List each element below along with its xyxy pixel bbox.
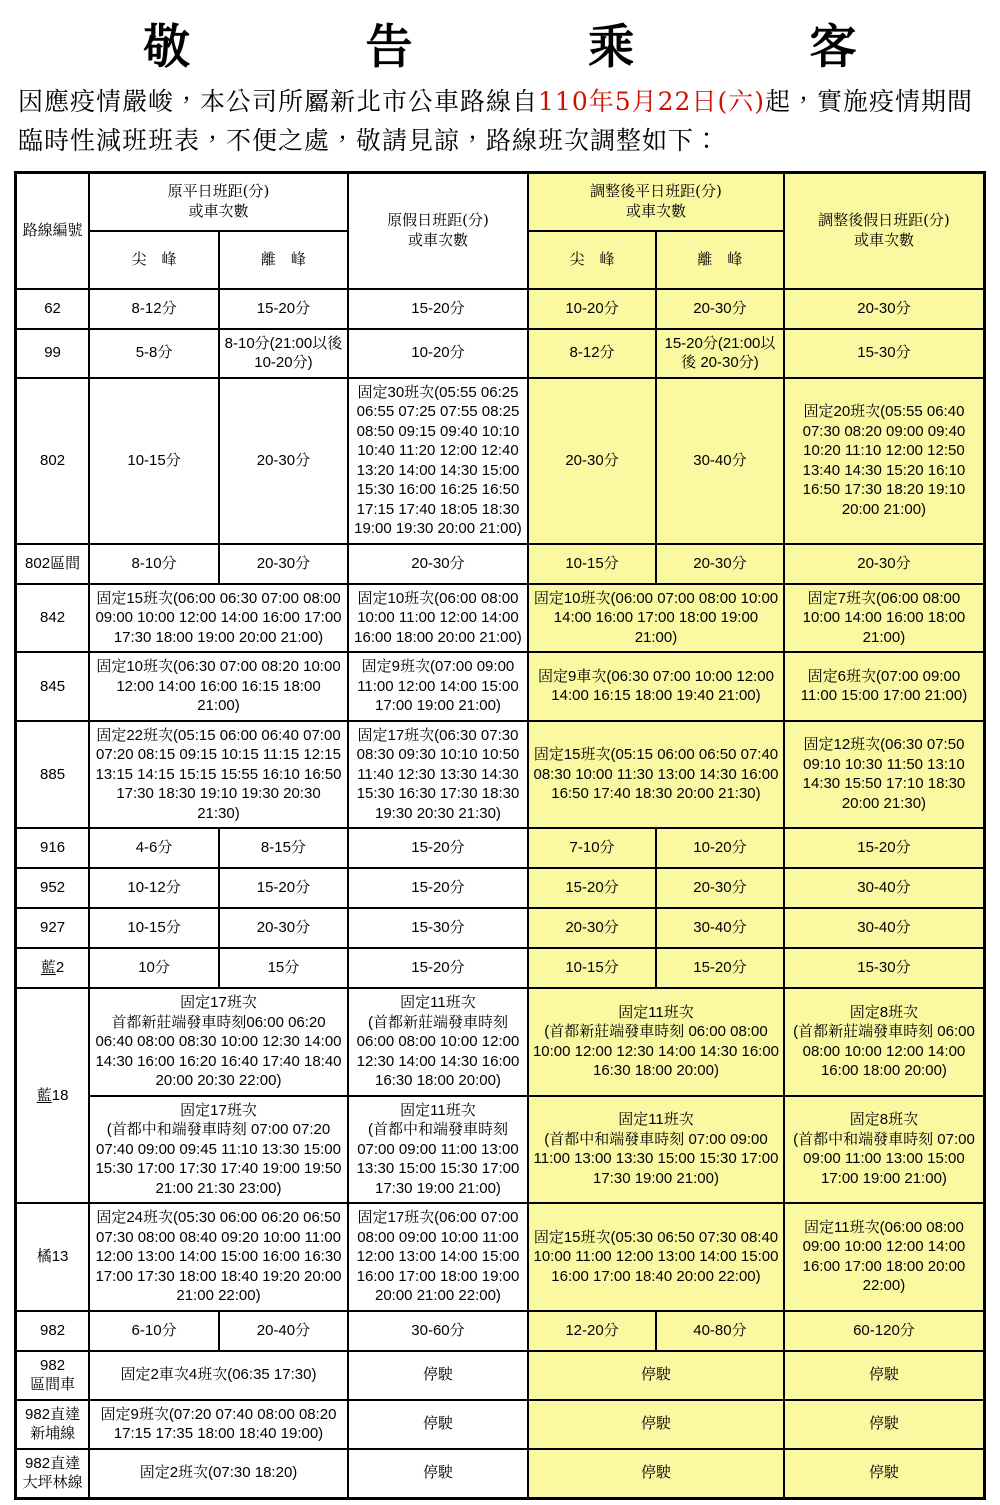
schedule-cell: 固定15班次(06:00 06:30 07:00 08:00 09:00 10:…: [89, 584, 348, 653]
schedule-cell: 10-15分: [89, 908, 219, 948]
table-row: 995-8分8-10分(21:00以後 10-20分)10-20分8-12分15…: [16, 329, 985, 378]
schedule-cell: 4-6分: [89, 828, 219, 868]
schedule-cell: 固定15班次(05:15 06:00 06:50 07:40 08:30 10:…: [528, 721, 784, 829]
route-number: 橘13: [16, 1203, 90, 1311]
header-orig-holiday: 原假日班距(分) 或車次數: [348, 172, 528, 289]
schedule-cell: 固定11班次 (首都中和端發車時刻 07:00 09:00 11:00 13:0…: [348, 1096, 528, 1204]
effective-date: 110年5月22日(六): [538, 87, 765, 116]
schedule-cell: 20-30分: [784, 544, 985, 584]
schedule-cell: 20-30分: [656, 544, 784, 584]
schedule-cell: 固定11班次 (首都新莊端發車時刻 06:00 08:00 10:00 12:0…: [528, 988, 784, 1096]
route-number: 99: [16, 329, 90, 378]
table-row: 藍18固定17班次 首都新莊端發車時刻06:00 06:20 06:40 08:…: [16, 988, 985, 1096]
header-route-number: 路線編號: [16, 172, 90, 289]
schedule-cell: 15分: [219, 948, 348, 988]
schedule-cell: 15-20分: [348, 289, 528, 329]
schedule-cell: 固定15班次(05:30 06:50 07:30 08:40 10:00 11:…: [528, 1203, 784, 1311]
schedule-cell: 5-8分: [89, 329, 219, 378]
schedule-cell: 15-20分(21:00以後 20-30分): [656, 329, 784, 378]
schedule-cell: 20-30分: [528, 378, 656, 544]
table-row: 固定17班次 (首都中和端發車時刻 07:00 07:20 07:40 09:0…: [16, 1096, 985, 1204]
table-row: 885固定22班次(05:15 06:00 06:40 07:00 07:20 …: [16, 721, 985, 829]
schedule-cell: 15-20分: [528, 868, 656, 908]
schedule-cell: 10-15分: [528, 948, 656, 988]
table-row: 802區間8-10分20-30分20-30分10-15分20-30分20-30分: [16, 544, 985, 584]
route-number: 982: [16, 1311, 90, 1351]
schedule-cell: 固定20班次(05:55 06:40 07:30 08:20 09:00 09:…: [784, 378, 985, 544]
schedule-cell: 8-12分: [89, 289, 219, 329]
header-row-1: 路線編號 原平日班距(分) 或車次數 原假日班距(分) 或車次數 調整後平日班距…: [16, 172, 985, 231]
route-number: 藍18: [16, 988, 90, 1203]
route-number: 藍2: [16, 948, 90, 988]
schedule-cell: 10-20分: [348, 329, 528, 378]
schedule-cell: 15-20分: [219, 289, 348, 329]
schedule-cell: 停駛: [528, 1449, 784, 1499]
schedule-cell: 8-15分: [219, 828, 348, 868]
schedule-cell: 固定6班次(07:00 09:00 11:00 15:00 17:00 21:0…: [784, 652, 985, 721]
schedule-cell: 固定24班次(05:30 06:00 06:20 06:50 07:30 08:…: [89, 1203, 348, 1311]
schedule-cell: 15-20分: [348, 948, 528, 988]
schedule-cell: 7-10分: [528, 828, 656, 868]
schedule-cell: 固定10班次(06:00 08:00 10:00 11:00 12:00 14:…: [348, 584, 528, 653]
schedule-cell: 8-10分(21:00以後 10-20分): [219, 329, 348, 378]
schedule-cell: 10-15分: [528, 544, 656, 584]
schedule-cell: 20-30分: [656, 289, 784, 329]
route-number: 842: [16, 584, 90, 653]
schedule-cell: 30-60分: [348, 1311, 528, 1351]
route-number: 982直達大坪林線: [16, 1449, 90, 1499]
schedule-cell: 15-30分: [348, 908, 528, 948]
schedule-cell: 30-40分: [784, 908, 985, 948]
schedule-cell: 15-30分: [784, 329, 985, 378]
schedule-cell: 10-15分: [89, 378, 219, 544]
header-adj-holiday: 調整後假日班距(分) 或車次數: [784, 172, 985, 289]
header-orig-weekday: 原平日班距(分) 或車次數: [89, 172, 348, 231]
table-row: 95210-12分15-20分15-20分15-20分20-30分30-40分: [16, 868, 985, 908]
header-adj-weekday: 調整後平日班距(分) 或車次數: [528, 172, 784, 231]
route-number: 802: [16, 378, 90, 544]
table-row: 845固定10班次(06:30 07:00 08:20 10:00 12:00 …: [16, 652, 985, 721]
table-row: 橘13固定24班次(05:30 06:00 06:20 06:50 07:30 …: [16, 1203, 985, 1311]
schedule-cell: 固定10班次(06:30 07:00 08:20 10:00 12:00 14:…: [89, 652, 348, 721]
schedule-cell: 停駛: [348, 1351, 528, 1400]
schedule-cell: 固定11班次 (首都新莊端發車時刻 06:00 08:00 10:00 12:0…: [348, 988, 528, 1096]
schedule-cell: 10分: [89, 948, 219, 988]
schedule-cell: 停駛: [348, 1449, 528, 1499]
schedule-cell: 固定12班次(06:30 07:50 09:10 10:30 11:50 13:…: [784, 721, 985, 829]
schedule-cell: 固定17班次 首都新莊端發車時刻06:00 06:20 06:40 08:00 …: [89, 988, 348, 1096]
table-row: 9826-10分20-40分30-60分12-20分40-80分60-120分: [16, 1311, 985, 1351]
header-adj-peak: 尖 峰: [528, 231, 656, 289]
table-row: 982區間車固定2車次4班次(06:35 17:30)停駛停駛停駛: [16, 1351, 985, 1400]
schedule-cell: 15-20分: [348, 828, 528, 868]
schedule-cell: 20-30分: [219, 544, 348, 584]
schedule-cell: 40-80分: [656, 1311, 784, 1351]
schedule-cell: 固定2班次(07:30 18:20): [89, 1449, 348, 1499]
table-row: 842固定15班次(06:00 06:30 07:00 08:00 09:00 …: [16, 584, 985, 653]
route-number: 845: [16, 652, 90, 721]
schedule-cell: 15-20分: [656, 948, 784, 988]
schedule-cell: 停駛: [528, 1351, 784, 1400]
notice-body: 因應疫情嚴峻，本公司所屬新北市公車路線自110年5月22日(六)起，實施疫情期間…: [18, 83, 982, 161]
route-number: 982區間車: [16, 1351, 90, 1400]
schedule-cell: 8-10分: [89, 544, 219, 584]
schedule-cell: 固定7班次(06:00 08:00 10:00 14:00 16:00 18:0…: [784, 584, 985, 653]
notice-title: 敬 告 乘 客: [0, 10, 1000, 77]
notice-page: 敬 告 乘 客 因應疫情嚴峻，本公司所屬新北市公車路線自110年5月22日(六)…: [0, 10, 1000, 1500]
table-body: 628-12分15-20分15-20分10-20分20-30分20-30分995…: [16, 289, 985, 1499]
table-row: 982直達新埔線固定9班次(07:20 07:40 08:00 08:20 17…: [16, 1400, 985, 1449]
schedule-cell: 20-30分: [784, 289, 985, 329]
route-number: 802區間: [16, 544, 90, 584]
schedule-cell: 停駛: [348, 1400, 528, 1449]
route-number: 916: [16, 828, 90, 868]
schedule-cell: 15-20分: [219, 868, 348, 908]
schedule-cell: 12-20分: [528, 1311, 656, 1351]
schedule-cell: 30-40分: [784, 868, 985, 908]
schedule-cell: 15-20分: [784, 828, 985, 868]
schedule-cell: 固定10班次(06:00 07:00 08:00 10:00 14:00 16:…: [528, 584, 784, 653]
schedule-cell: 固定8班次 (首都中和端發車時刻 07:00 09:00 11:00 13:00…: [784, 1096, 985, 1204]
schedule-cell: 60-120分: [784, 1311, 985, 1351]
table-row: 628-12分15-20分15-20分10-20分20-30分20-30分: [16, 289, 985, 329]
table-row: 80210-15分20-30分固定30班次(05:55 06:25 06:55 …: [16, 378, 985, 544]
table-row: 982直達大坪林線固定2班次(07:30 18:20)停駛停駛停駛: [16, 1449, 985, 1499]
schedule-cell: 15-20分: [348, 868, 528, 908]
schedule-cell: 30-40分: [656, 378, 784, 544]
header-orig-offpeak: 離 峰: [219, 231, 348, 289]
schedule-cell: 固定22班次(05:15 06:00 06:40 07:00 07:20 08:…: [89, 721, 348, 829]
schedule-cell: 固定17班次 (首都中和端發車時刻 07:00 07:20 07:40 09:0…: [89, 1096, 348, 1204]
schedule-table: 路線編號 原平日班距(分) 或車次數 原假日班距(分) 或車次數 調整後平日班距…: [14, 171, 986, 1500]
schedule-cell: 20-30分: [219, 908, 348, 948]
schedule-cell: 15-30分: [784, 948, 985, 988]
intro-text-1: 因應疫情嚴峻，本公司所屬新北市公車路線自: [18, 87, 538, 116]
schedule-cell: 20-30分: [219, 378, 348, 544]
schedule-cell: 停駛: [784, 1449, 985, 1499]
schedule-cell: 停駛: [784, 1351, 985, 1400]
route-number: 982直達新埔線: [16, 1400, 90, 1449]
schedule-cell: 20-40分: [219, 1311, 348, 1351]
table-row: 92710-15分20-30分15-30分20-30分30-40分30-40分: [16, 908, 985, 948]
schedule-cell: 固定2車次4班次(06:35 17:30): [89, 1351, 348, 1400]
schedule-cell: 固定11班次 (首都中和端發車時刻 07:00 09:00 11:00 13:0…: [528, 1096, 784, 1204]
schedule-cell: 6-10分: [89, 1311, 219, 1351]
schedule-cell: 固定17班次(06:00 07:00 08:00 09:00 10:00 11:…: [348, 1203, 528, 1311]
schedule-cell: 固定9車次(06:30 07:00 10:00 12:00 14:00 16:1…: [528, 652, 784, 721]
header-adj-offpeak: 離 峰: [656, 231, 784, 289]
schedule-cell: 停駛: [784, 1400, 985, 1449]
table-row: 9164-6分8-15分15-20分7-10分10-20分15-20分: [16, 828, 985, 868]
schedule-cell: 固定9班次(07:20 07:40 08:00 08:20 17:15 17:3…: [89, 1400, 348, 1449]
route-number: 62: [16, 289, 90, 329]
schedule-cell: 固定30班次(05:55 06:25 06:55 07:25 07:55 08:…: [348, 378, 528, 544]
schedule-cell: 10-12分: [89, 868, 219, 908]
schedule-cell: 8-12分: [528, 329, 656, 378]
schedule-cell: 固定9班次(07:00 09:00 11:00 12:00 14:00 15:0…: [348, 652, 528, 721]
table-row: 藍210分15分15-20分10-15分15-20分15-30分: [16, 948, 985, 988]
schedule-cell: 10-20分: [528, 289, 656, 329]
schedule-cell: 固定17班次(06:30 07:30 08:30 09:30 10:10 10:…: [348, 721, 528, 829]
schedule-cell: 固定11班次(06:00 08:00 09:00 10:00 12:00 14:…: [784, 1203, 985, 1311]
header-orig-peak: 尖 峰: [89, 231, 219, 289]
schedule-cell: 停駛: [528, 1400, 784, 1449]
route-number: 952: [16, 868, 90, 908]
route-number: 927: [16, 908, 90, 948]
schedule-cell: 20-30分: [656, 868, 784, 908]
schedule-cell: 20-30分: [528, 908, 656, 948]
schedule-cell: 固定8班次 (首都新莊端發車時刻 06:00 08:00 10:00 12:00…: [784, 988, 985, 1096]
route-number: 885: [16, 721, 90, 829]
schedule-cell: 10-20分: [656, 828, 784, 868]
schedule-cell: 20-30分: [348, 544, 528, 584]
table-header: 路線編號 原平日班距(分) 或車次數 原假日班距(分) 或車次數 調整後平日班距…: [16, 172, 985, 289]
schedule-cell: 30-40分: [656, 908, 784, 948]
